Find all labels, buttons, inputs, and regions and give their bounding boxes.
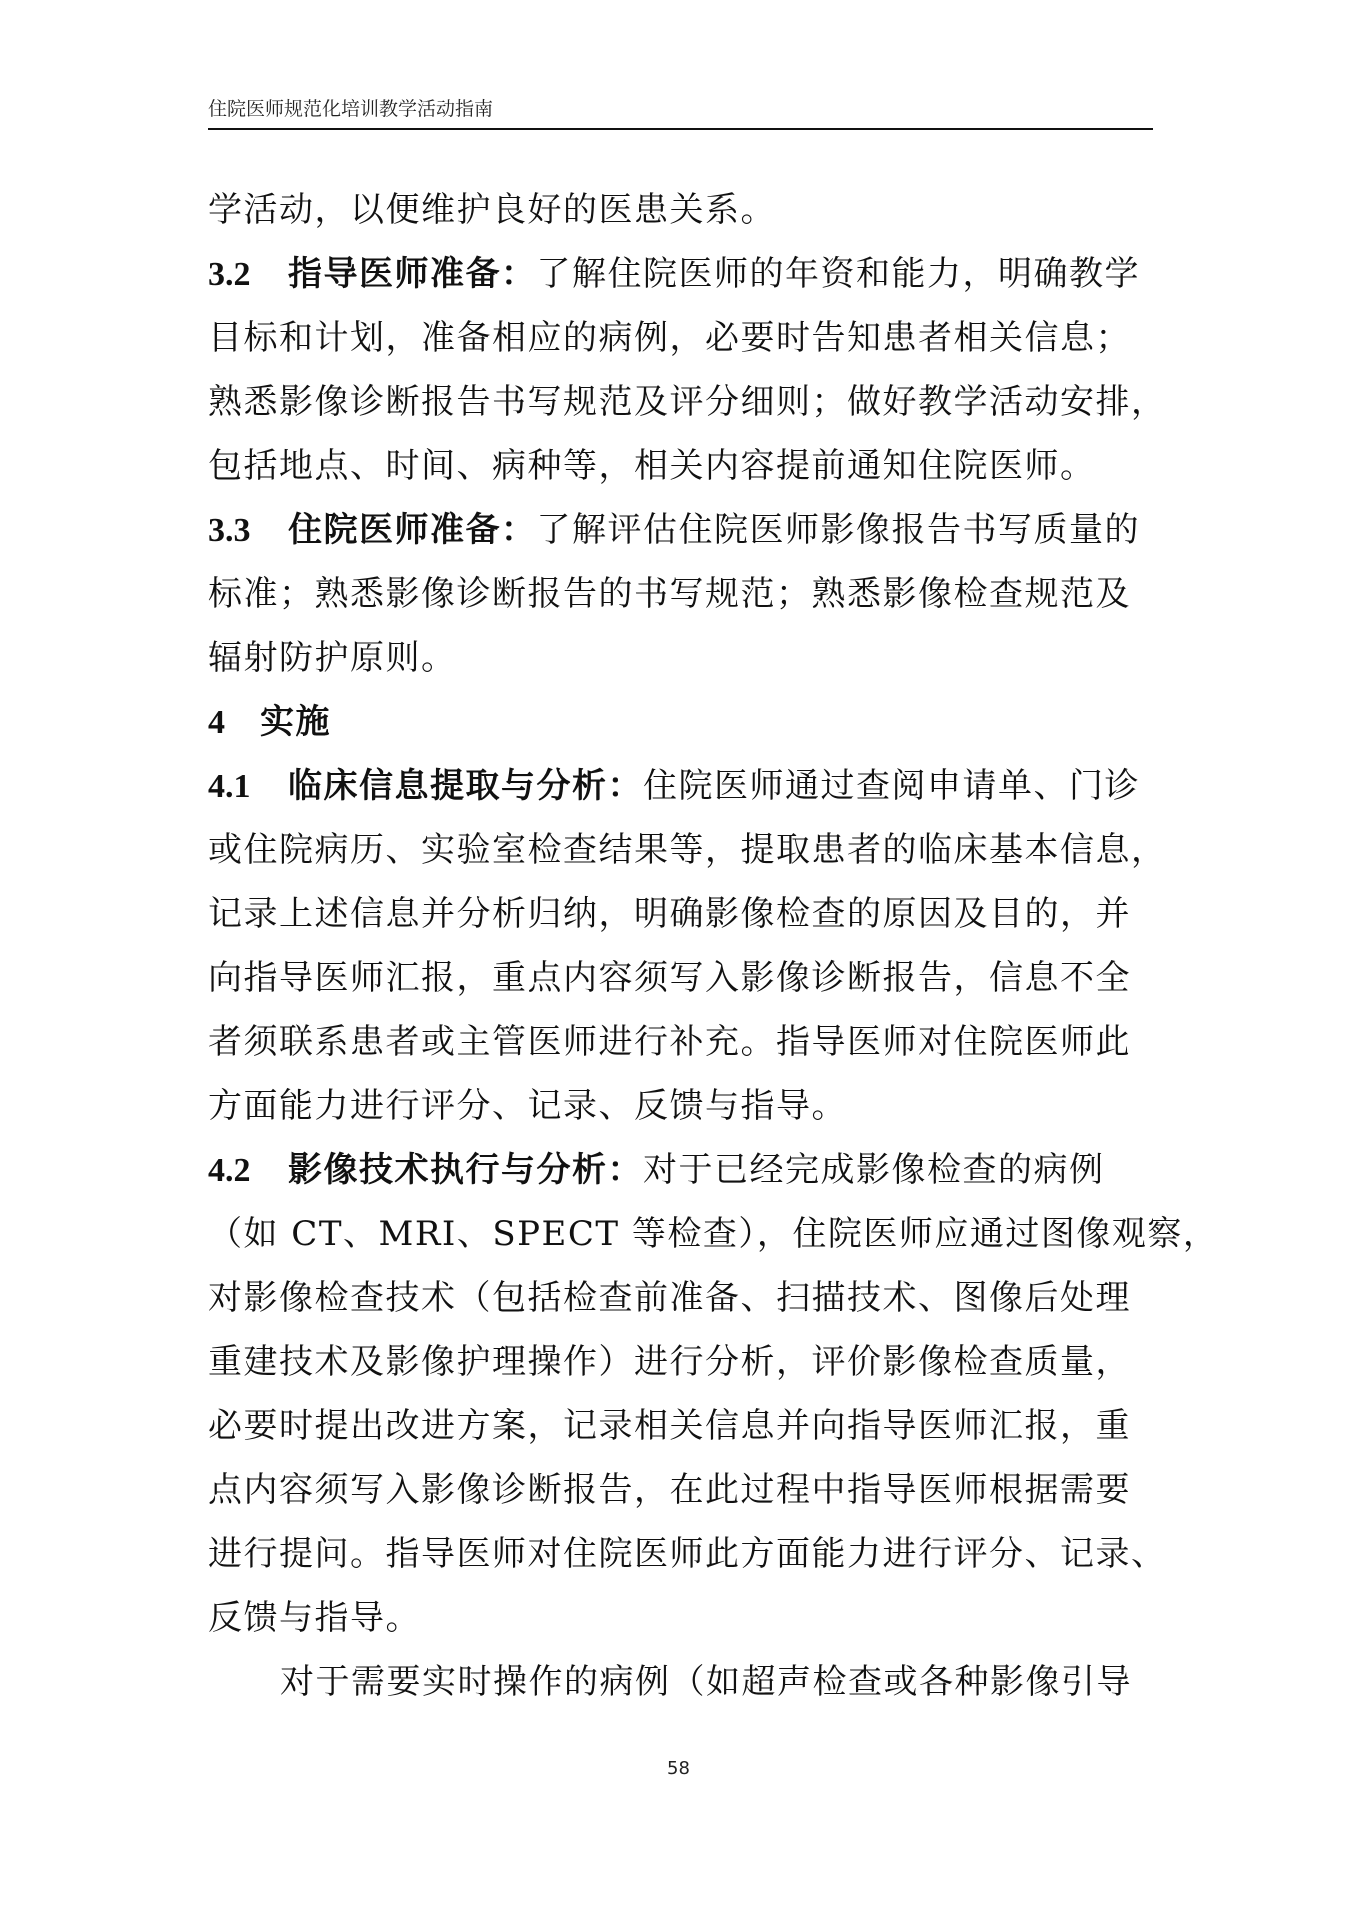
paragraph-line-indented: 对于需要实时操作的病例（如超声检查或各种影像引导 (208, 1650, 1158, 1714)
paragraph-line: 熟悉影像诊断报告书写规范及评分细则；做好教学活动安排， (208, 370, 1158, 434)
section-number: 3.3 (208, 499, 288, 563)
section-number: 3.2 (208, 243, 288, 307)
section-3-2-heading: 3.2指导医师准备：了解住院医师的年资和能力，明确教学 (208, 242, 1158, 306)
paragraph-line: 进行提问。指导医师对住院医师此方面能力进行评分、记录、 (208, 1522, 1158, 1586)
section-3-3-heading: 3.3住院医师准备：了解评估住院医师影像报告书写质量的 (208, 498, 1158, 562)
running-header: 住院医师规范化培训教学活动指南 (208, 96, 1158, 130)
section-title: 临床信息提取与分析： (288, 766, 643, 806)
paragraph-line: 必要时提出改进方案，记录相关信息并向指导医师汇报，重 (208, 1394, 1158, 1458)
page-number: 58 (0, 1758, 1357, 1779)
paragraph-line: 对影像检查技术（包括检查前准备、扫描技术、图像后处理 (208, 1266, 1158, 1330)
paragraph-line: 标准；熟悉影像诊断报告的书写规范；熟悉影像检查规范及 (208, 562, 1158, 626)
section-4-1-heading: 4.1临床信息提取与分析：住院医师通过查阅申请单、门诊 (208, 754, 1158, 818)
paragraph-line: 学活动，以便维护良好的医患关系。 (208, 178, 1158, 242)
paragraph-line: 者须联系患者或主管医师进行补充。指导医师对住院医师此 (208, 1010, 1158, 1074)
section-4-heading: 4实施 (208, 690, 1158, 754)
section-title: 住院医师准备： (288, 510, 537, 550)
header-divider (208, 128, 1153, 130)
paragraph-line: 向指导医师汇报，重点内容须写入影像诊断报告，信息不全 (208, 946, 1158, 1010)
paragraph-line: 或住院病历、实验室检查结果等，提取患者的临床基本信息， (208, 818, 1158, 882)
paragraph-line: 方面能力进行评分、记录、反馈与指导。 (208, 1074, 1158, 1138)
section-title: 实施 (260, 702, 331, 742)
paragraph-line: 包括地点、时间、病种等，相关内容提前通知住院医师。 (208, 434, 1158, 498)
section-number: 4.1 (208, 755, 288, 819)
paragraph-line: 重建技术及影像护理操作）进行分析，评价影像检查质量， (208, 1330, 1158, 1394)
page-body: 学活动，以便维护良好的医患关系。 3.2指导医师准备：了解住院医师的年资和能力，… (208, 178, 1158, 1714)
paragraph-line: （如 CT、MRI、SPECT 等检查），住院医师应通过图像观察， (208, 1202, 1158, 1266)
section-title: 指导医师准备： (288, 254, 537, 294)
section-number: 4 (208, 691, 260, 755)
paragraph-line: 反馈与指导。 (208, 1586, 1158, 1650)
header-title: 住院医师规范化培训教学活动指南 (208, 96, 1158, 122)
section-title: 影像技术执行与分析： (288, 1150, 643, 1190)
section-number: 4.2 (208, 1139, 288, 1203)
paragraph-line: 记录上述信息并分析归纳，明确影像检查的原因及目的，并 (208, 882, 1158, 946)
section-4-2-heading: 4.2影像技术执行与分析：对于已经完成影像检查的病例 (208, 1138, 1158, 1202)
paragraph-line: 辐射防护原则。 (208, 626, 1158, 690)
paragraph-line: 点内容须写入影像诊断报告，在此过程中指导医师根据需要 (208, 1458, 1158, 1522)
paragraph-line: 目标和计划，准备相应的病例，必要时告知患者相关信息； (208, 306, 1158, 370)
